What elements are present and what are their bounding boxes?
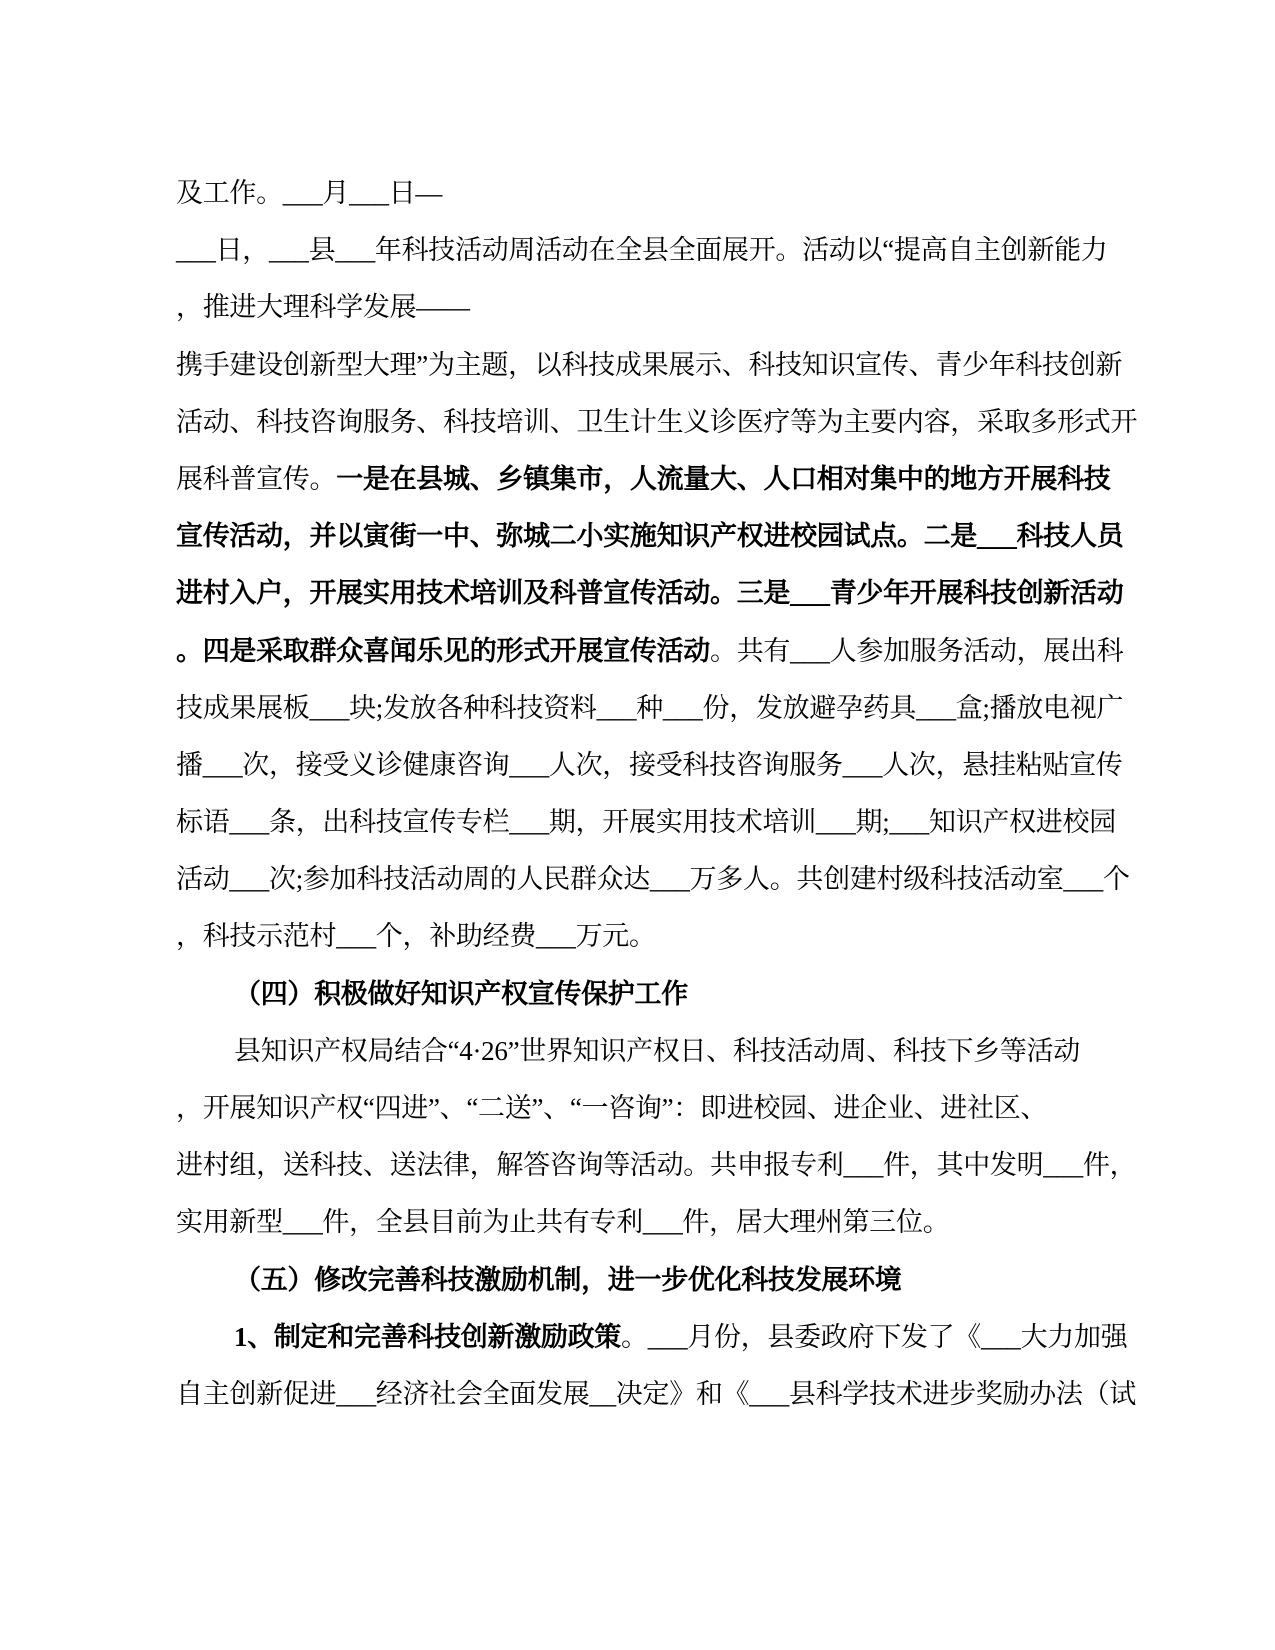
paragraph-line: 进村组，送科技、送法律，解答咨询等活动。共申报专利___件，其中发明___件，: [176, 1137, 1126, 1194]
document-page: 及工作。___月___日— ___日，___县___年科技活动周活动在全县全面展…: [0, 0, 1275, 1650]
text-segment: ，推进大理科学发展——: [176, 292, 470, 322]
paragraph-line: 技成果展板___块;发放各种科技资料___种___份，发放避孕药具___盒;播放…: [176, 680, 1126, 737]
paragraph-line: 播___次，接受义诊健康咨询___人次，接受科技咨询服务___人次，悬挂粘贴宣传: [176, 737, 1126, 794]
text-segment: 活动、科技咨询服务、科技培训、卫生计生义诊医疗等为主要内容，采取多形式开: [176, 407, 1137, 437]
text-segment: 县知识产权局结合“4·26”世界知识产权日、科技活动周、科技下乡等活动: [234, 1036, 1080, 1066]
paragraph-line: 县知识产权局结合“4·26”世界知识产权日、科技活动周、科技下乡等活动: [176, 1023, 1126, 1080]
text-segment: 标语___条，出科技宣传专栏___期，开展实用技术培训___期;___知识产权进…: [176, 807, 1116, 837]
paragraph-line: 及工作。___月___日—: [176, 165, 1126, 222]
text-segment: 。___月份，县委政府下发了《___大力加强: [621, 1322, 1127, 1352]
text-segment: ，开展知识产权“四进”、“二送”、“一咨询”：即进校园、进企业、进社区、: [176, 1093, 1047, 1123]
section-heading-4: （四）积极做好知识产权宣传保护工作: [176, 966, 1126, 1023]
paragraph-line: ，科技示范村___个，补助经费___万元。: [176, 908, 1126, 965]
text-segment: 自主创新促进___经济社会全面发展__决定》和《___县科学技术进步奖励办法（试: [176, 1379, 1136, 1409]
paragraph-line: 活动、科技咨询服务、科技培训、卫生计生义诊医疗等为主要内容，采取多形式开: [176, 394, 1126, 451]
paragraph-line: 1、制定和完善科技创新激励政策。___月份，县委政府下发了《___大力加强: [176, 1309, 1126, 1366]
heading-text: （五）修改完善科技激励机制，进一步优化科技发展环境: [234, 1265, 902, 1295]
paragraph-line: 宣传活动，并以寅街一中、弥城二小实施知识产权进校园试点。二是___科技人员: [176, 508, 1126, 565]
bold-text-segment: 宣传活动，并以寅街一中、弥城二小实施知识产权进校园试点。二是___科技人员: [176, 521, 1123, 551]
text-segment: 实用新型___件，全县目前为止共有专利___件，居大理州第三位。: [176, 1207, 949, 1237]
text-segment: 技成果展板___块;发放各种科技资料___种___份，发放避孕药具___盒;播放…: [176, 693, 1123, 723]
paragraph-line: ，开展知识产权“四进”、“二送”、“一咨询”：即进校园、进企业、进社区、: [176, 1080, 1126, 1137]
paragraph-line: 携手建设创新型大理”为主题，以科技成果展示、科技知识宣传、青少年科技创新: [176, 337, 1126, 394]
paragraph-line: ，推进大理科学发展——: [176, 279, 1126, 336]
text-segment: ，科技示范村___个，补助经费___万元。: [176, 921, 656, 951]
bold-text-segment: 进村入户，开展实用技术培训及科普宣传活动。三是___青少年开展科技创新活动: [176, 578, 1123, 608]
text-segment: 。共有___人参加服务活动，展出科: [710, 636, 1123, 666]
text-segment: 播___次，接受义诊健康咨询___人次，接受科技咨询服务___人次，悬挂粘贴宣传: [176, 750, 1123, 780]
heading-text: （四）积极做好知识产权宣传保护工作: [234, 979, 688, 1009]
document-text-block: 及工作。___月___日— ___日，___县___年科技活动周活动在全县全面展…: [176, 165, 1126, 1423]
bold-text-segment: 。四是采取群众喜闻乐见的形式开展宣传活动: [176, 636, 710, 666]
bold-text-segment: 1、制定和完善科技创新激励政策: [234, 1322, 621, 1352]
paragraph-line: 实用新型___件，全县目前为止共有专利___件，居大理州第三位。: [176, 1194, 1126, 1251]
text-segment: 活动___次;参加科技活动周的人民群众达___万多人。共创建村级科技活动室___…: [176, 864, 1130, 894]
bold-text-segment: 一是在县城、乡镇集市，人流量大、人口相对集中的地方开展科技: [336, 464, 1110, 494]
paragraph-line: 自主创新促进___经济社会全面发展__决定》和《___县科学技术进步奖励办法（试: [176, 1366, 1126, 1423]
text-segment: 携手建设创新型大理”为主题，以科技成果展示、科技知识宣传、青少年科技创新: [176, 350, 1122, 380]
paragraph-line: ___日，___县___年科技活动周活动在全县全面展开。活动以“提高自主创新能力: [176, 222, 1126, 279]
paragraph-line: 进村入户，开展实用技术培训及科普宣传活动。三是___青少年开展科技创新活动: [176, 565, 1126, 622]
paragraph-line: 。四是采取群众喜闻乐见的形式开展宣传活动。共有___人参加服务活动，展出科: [176, 623, 1126, 680]
text-segment: 及工作。___月___日—: [176, 178, 442, 208]
text-segment: ___日，___县___年科技活动周活动在全县全面展开。活动以“提高自主创新能力: [176, 235, 1107, 265]
paragraph-line: 标语___条，出科技宣传专栏___期，开展实用技术培训___期;___知识产权进…: [176, 794, 1126, 851]
section-heading-5: （五）修改完善科技激励机制，进一步优化科技发展环境: [176, 1252, 1126, 1309]
text-segment: 展科普宣传。: [176, 464, 336, 494]
text-segment: 进村组，送科技、送法律，解答咨询等活动。共申报专利___件，其中发明___件，: [176, 1150, 1136, 1180]
paragraph-line: 活动___次;参加科技活动周的人民群众达___万多人。共创建村级科技活动室___…: [176, 851, 1126, 908]
paragraph-line: 展科普宣传。一是在县城、乡镇集市，人流量大、人口相对集中的地方开展科技: [176, 451, 1126, 508]
